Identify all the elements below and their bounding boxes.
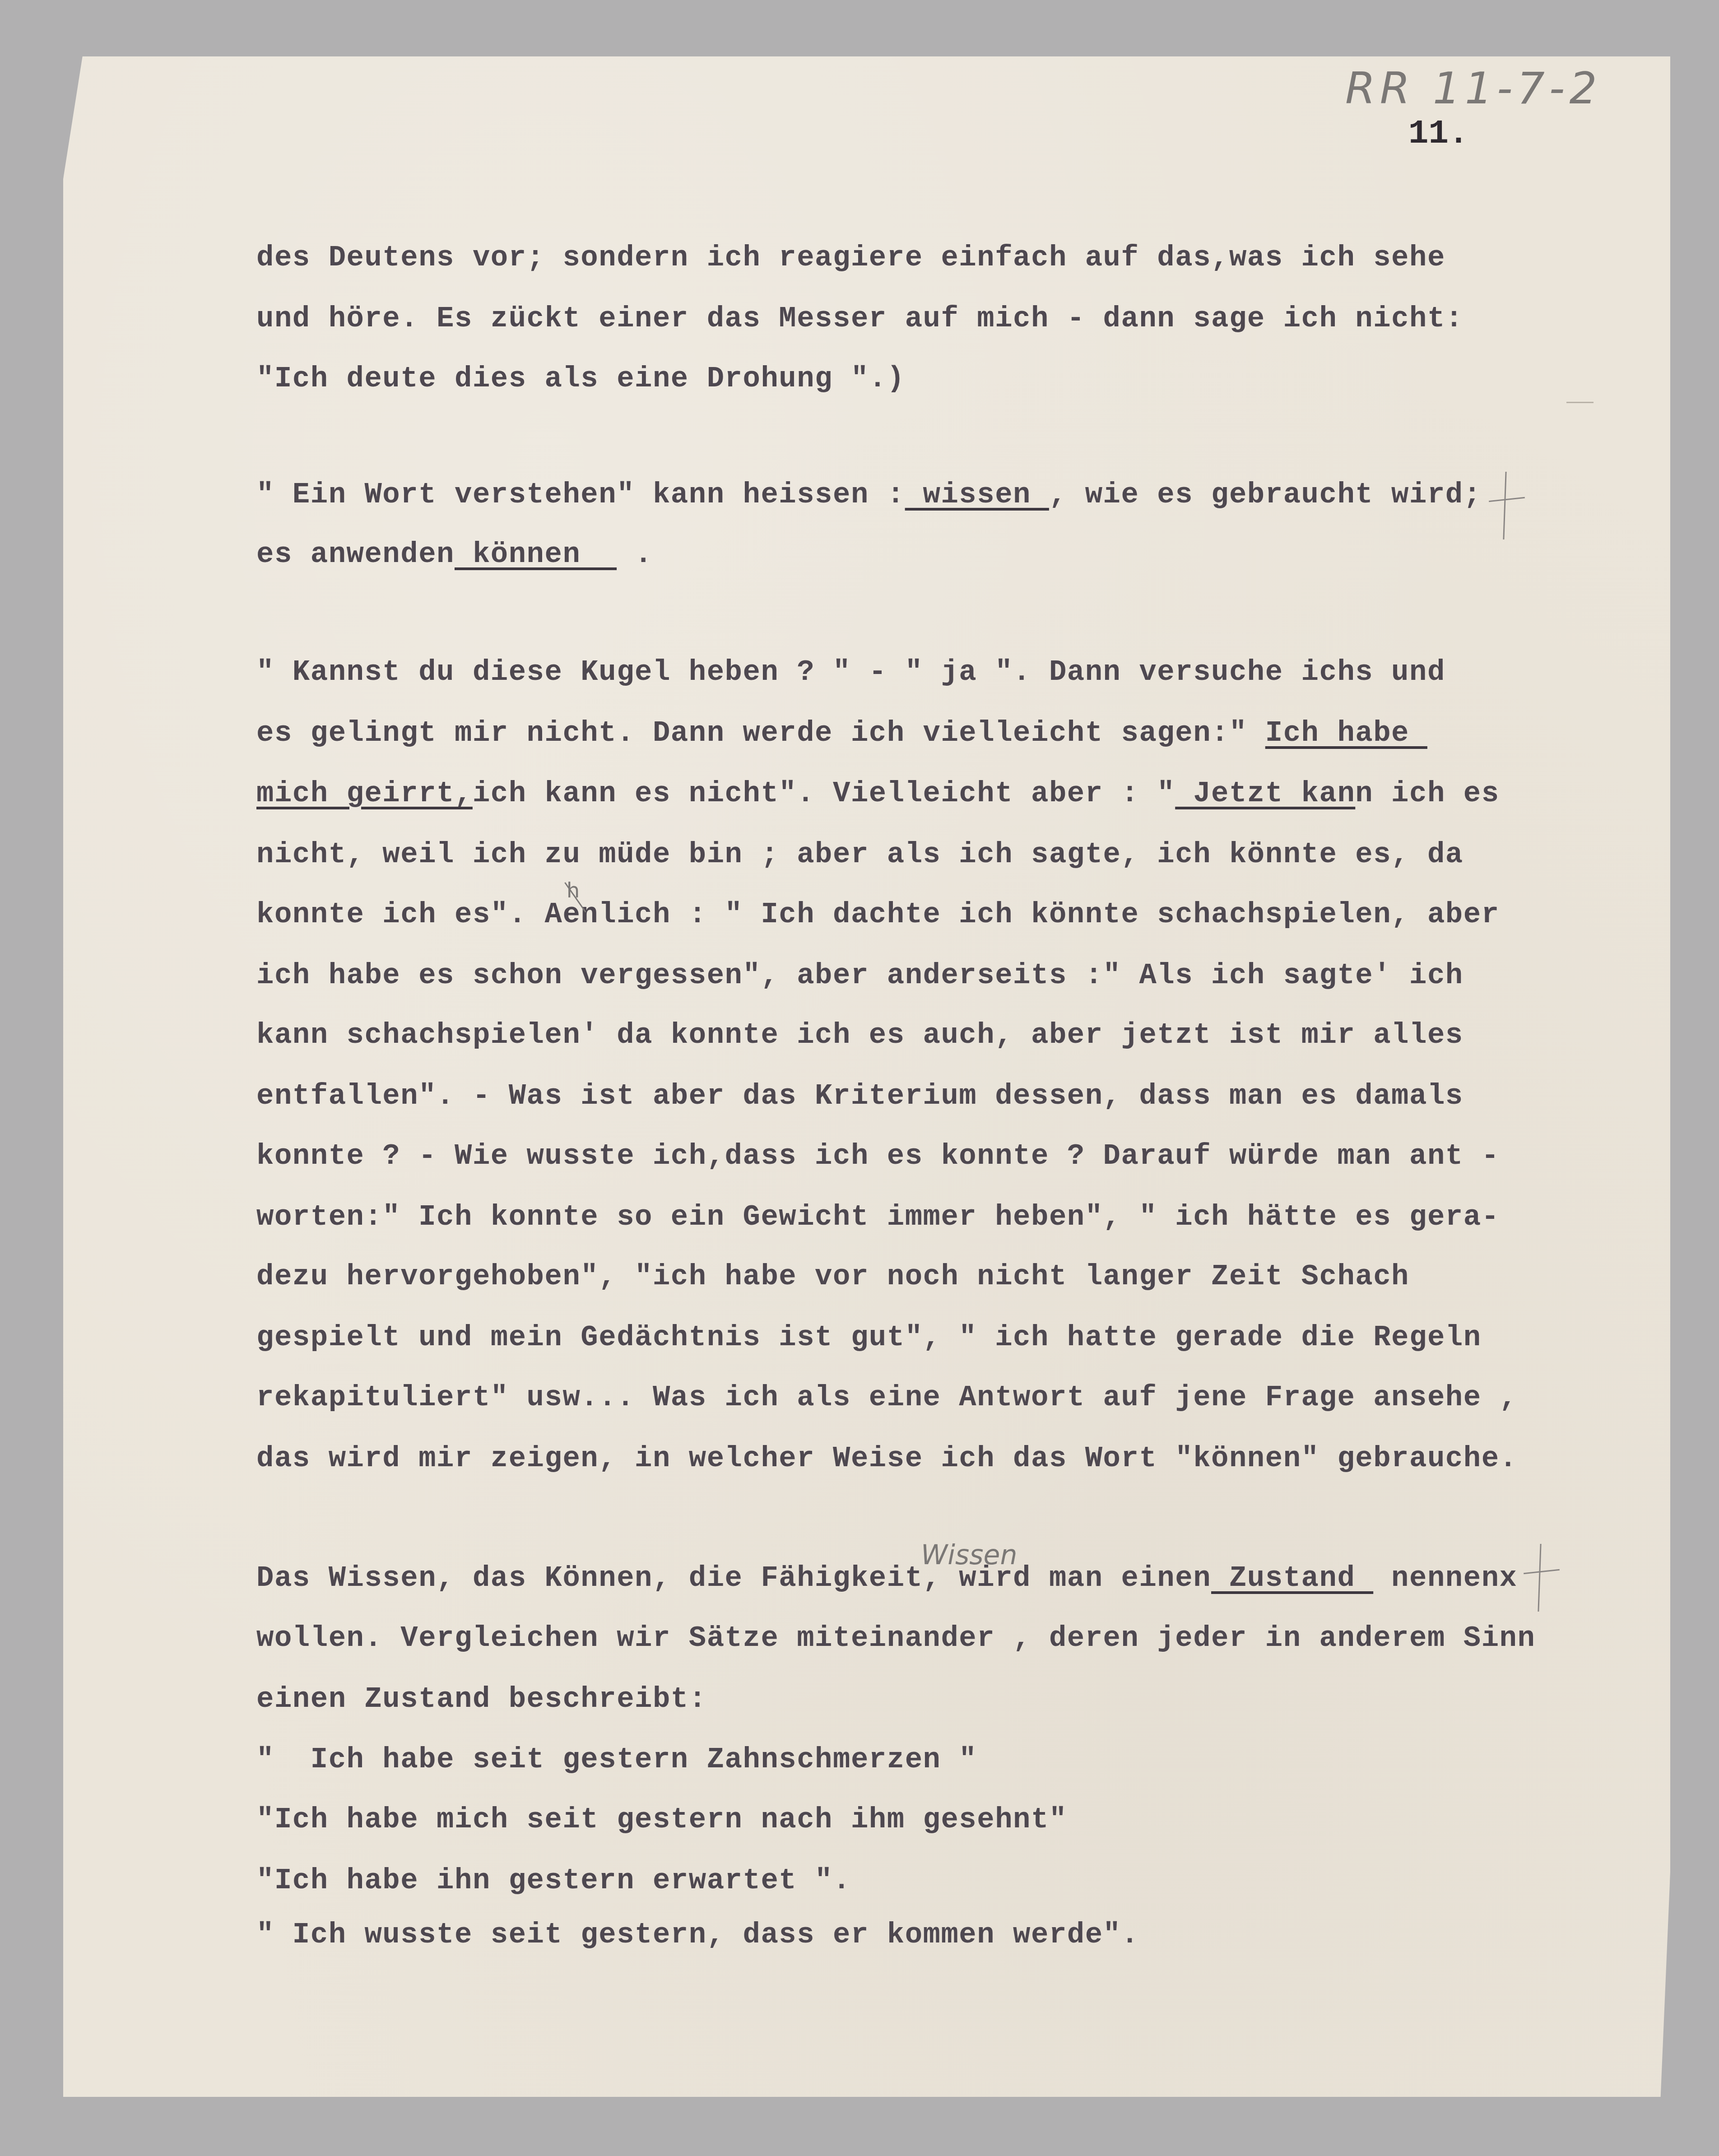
text-segment: " Ich wusste seit gestern, dass er komme… bbox=[256, 1919, 1139, 1952]
pencil-insertion-h: h bbox=[567, 878, 580, 902]
text-segment: es anwenden bbox=[256, 539, 455, 571]
text-segment: " Ich habe seit gestern Zahnschmerzen " bbox=[256, 1744, 977, 1776]
text-segment: rekapituliert" usw... Was ich als eine A… bbox=[256, 1382, 1517, 1414]
text-segment: . bbox=[617, 539, 653, 571]
typed-line: und höre. Es zückt einer das Messer auf … bbox=[256, 305, 1463, 334]
underlined-phrase: mich geirrt, bbox=[256, 778, 473, 810]
typed-line: ich habe es schon vergessen", aber ander… bbox=[256, 962, 1463, 990]
text-segment: " Ein Wort verstehen" kann heissen : bbox=[256, 479, 905, 511]
text-segment: worten:" Ich konnte so ein Gewicht immer… bbox=[256, 1201, 1500, 1234]
typed-line: "Ich habe mich seit gestern nach ihm ges… bbox=[256, 1806, 1067, 1835]
underlined-phrase: Ich habe bbox=[1265, 717, 1427, 750]
typed-line: " Kannst du diese Kugel heben ? " - " ja… bbox=[256, 658, 1445, 687]
typed-line: Das Wissen, das Können, die Fähigkeit, w… bbox=[256, 1564, 1517, 1593]
typed-line: einen Zustand beschreibt: bbox=[256, 1685, 707, 1714]
text-segment: entfallen". - Was ist aber das Kriterium… bbox=[256, 1080, 1463, 1113]
text-segment: "Ich habe mich seit gestern nach ihm ges… bbox=[256, 1804, 1067, 1836]
typed-line: "Ich habe ihn gestern erwartet ". bbox=[256, 1867, 851, 1896]
text-segment: einen Zustand beschreibt: bbox=[256, 1683, 707, 1716]
typed-line: es anwenden können . bbox=[256, 540, 653, 569]
typed-line: kann schachspielen' da konnte ich es auc… bbox=[256, 1021, 1463, 1050]
typed-line: das wird mir zeigen, in welcher Weise ic… bbox=[256, 1445, 1517, 1473]
typed-line: des Deutens vor; sondern ich reagiere ei… bbox=[256, 244, 1445, 273]
typed-line: konnte ? - Wie wusste ich,dass ich es ko… bbox=[256, 1142, 1500, 1171]
text-segment: gespielt und mein Gedächtnis ist gut", "… bbox=[256, 1322, 1482, 1354]
text-segment: dezu hervorgehoben", "ich habe vor noch … bbox=[256, 1261, 1409, 1293]
text-segment: Das Wissen, das Können, die Fähigkeit, w… bbox=[256, 1562, 1211, 1595]
text-segment: ich kann es nicht". Vielleicht aber : " bbox=[473, 778, 1175, 810]
typed-line: "Ich deute dies als eine Drohung ".) bbox=[256, 365, 905, 394]
typed-line: es gelingt mir nicht. Dann werde ich vie… bbox=[256, 719, 1427, 748]
typescript-page bbox=[63, 56, 1670, 2097]
underlined-phrase: wissen bbox=[905, 479, 1049, 511]
page-number: 11. bbox=[1408, 115, 1468, 153]
underlined-phrase: können bbox=[455, 539, 617, 571]
typed-line: wollen. Vergleichen wir Sätze miteinande… bbox=[256, 1624, 1535, 1653]
text-segment: nennenx bbox=[1373, 1562, 1517, 1595]
typed-line: " Ein Wort verstehen" kann heissen : wis… bbox=[256, 481, 1482, 510]
text-segment: n ich es bbox=[1355, 778, 1499, 810]
typed-line: " Ich habe seit gestern Zahnschmerzen " bbox=[256, 1746, 977, 1775]
typed-line: nicht, weil ich zu müde bin ; aber als i… bbox=[256, 841, 1463, 869]
typed-line: dezu hervorgehoben", "ich habe vor noch … bbox=[256, 1263, 1409, 1292]
text-segment: wollen. Vergleichen wir Sätze miteinande… bbox=[256, 1622, 1535, 1655]
text-segment: nicht, weil ich zu müde bin ; aber als i… bbox=[256, 839, 1463, 871]
typed-line: gespielt und mein Gedächtnis ist gut", "… bbox=[256, 1324, 1482, 1352]
archive-reference: RR 11-7-2 bbox=[1345, 63, 1602, 114]
typed-line: konnte ich es". Aenlich : " Ich dachte i… bbox=[256, 901, 1500, 929]
margin-dash-mark bbox=[1566, 402, 1594, 403]
underlined-phrase: Jetzt kan bbox=[1175, 778, 1355, 810]
typed-line: rekapituliert" usw... Was ich als eine A… bbox=[256, 1384, 1517, 1413]
underlined-phrase: Zustand bbox=[1211, 1562, 1373, 1595]
text-segment: , wie es gebraucht wird; bbox=[1049, 479, 1482, 511]
text-segment: es gelingt mir nicht. Dann werde ich vie… bbox=[256, 717, 1265, 750]
text-segment: des Deutens vor; sondern ich reagiere ei… bbox=[256, 242, 1445, 274]
text-segment: das wird mir zeigen, in welcher Weise ic… bbox=[256, 1443, 1517, 1475]
text-segment: " Kannst du diese Kugel heben ? " - " ja… bbox=[256, 656, 1445, 689]
pencil-cross-mark-icon bbox=[1524, 1544, 1555, 1612]
typed-line: " Ich wusste seit gestern, dass er komme… bbox=[256, 1921, 1139, 1950]
text-segment: ich habe es schon vergessen", aber ander… bbox=[256, 960, 1463, 992]
text-segment: kann schachspielen' da konnte ich es auc… bbox=[256, 1019, 1463, 1052]
text-segment: konnte ? - Wie wusste ich,dass ich es ko… bbox=[256, 1140, 1500, 1173]
pencil-cross-mark-icon bbox=[1489, 472, 1520, 539]
typed-line: mich geirrt,ich kann es nicht". Vielleic… bbox=[256, 780, 1500, 808]
pencil-note-wissen: Wissen bbox=[921, 1539, 1017, 1571]
text-segment: konnte ich es". Aenlich : " Ich dachte i… bbox=[256, 899, 1500, 931]
typed-line: worten:" Ich konnte so ein Gewicht immer… bbox=[256, 1203, 1500, 1232]
typed-line: entfallen". - Was ist aber das Kriterium… bbox=[256, 1082, 1463, 1111]
text-segment: und höre. Es zückt einer das Messer auf … bbox=[256, 303, 1463, 335]
text-segment: "Ich habe ihn gestern erwartet ". bbox=[256, 1865, 851, 1897]
text-segment: "Ich deute dies als eine Drohung ".) bbox=[256, 363, 905, 395]
